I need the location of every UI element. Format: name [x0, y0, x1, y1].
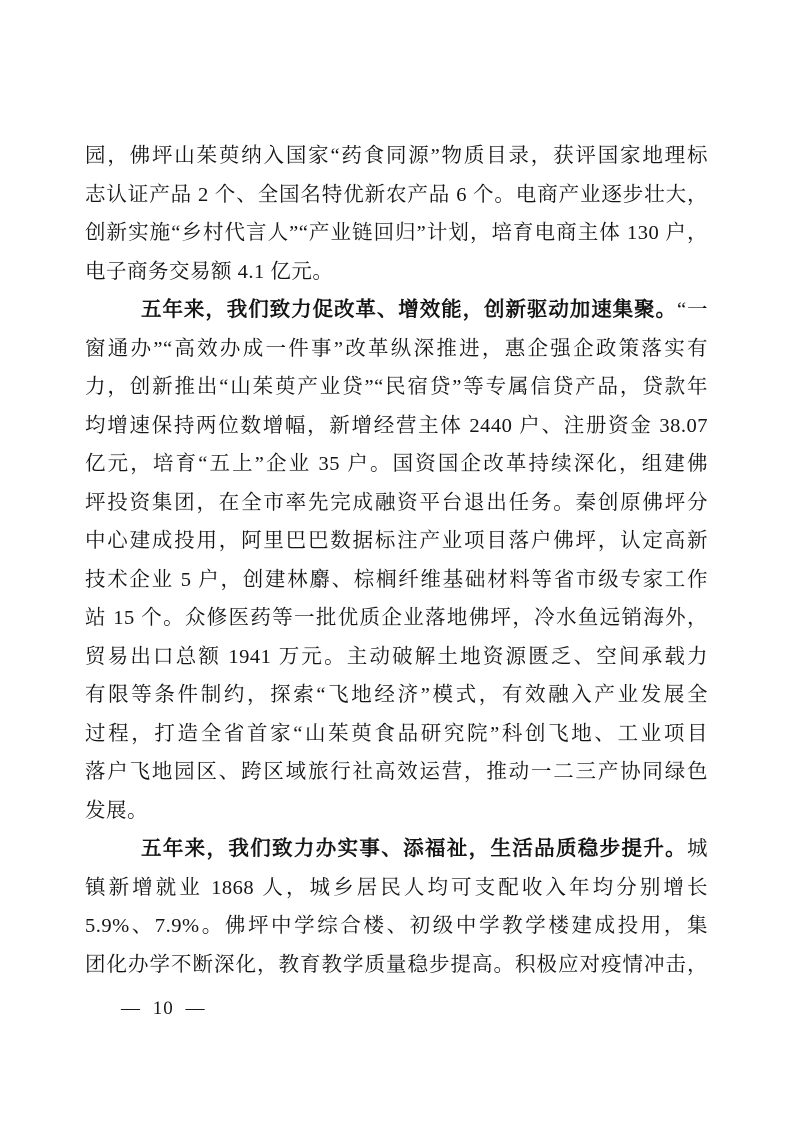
page-number: — 10 —: [121, 997, 206, 1021]
paragraph-lead-bold: 五年来，我们致力办实事、添福祉，生活品质稳步提升。: [141, 837, 687, 860]
text-line: 过程，打造全省首家“山茱萸食品研究院”科创飞地、工业项目: [85, 715, 708, 754]
text-line: 镇新增就业 1868 人，城乡居民人均可支配收入年均分别增长: [85, 869, 708, 908]
text-line: 站 15 个。众修医药等一批优质企业落地佛坪，冷水鱼远销海外，: [85, 599, 708, 638]
text-line: 5.9%、7.9%。佛坪中学综合楼、初级中学教学楼建成投用，集: [85, 907, 708, 946]
text-line: 园，佛坪山茱萸纳入国家“药食同源”物质目录，获评国家地理标: [85, 137, 708, 176]
text-line: 亿元，培育“五上”企业 35 户。国资国企改革持续深化，组建佛: [85, 445, 708, 484]
text-line: 中心建成投用，阿里巴巴数据标注产业项目落户佛坪，认定高新: [85, 522, 708, 561]
text-line: 团化办学不断深化，教育教学质量稳步提高。积极应对疫情冲击，: [85, 946, 708, 985]
text-line: 贸易出口总额 1941 万元。主动破解土地资源匮乏、空间承载力: [85, 638, 708, 677]
text-line: 五年来，我们致力办实事、添福祉，生活品质稳步提升。城: [85, 830, 708, 869]
paragraph-reform: 五年来，我们致力促改革、增效能，创新驱动加速集聚。“一 窗通办”“高效办成一件事…: [85, 291, 708, 830]
document-body: 园，佛坪山茱萸纳入国家“药食同源”物质目录，获评国家地理标 志认证产品 2 个、…: [85, 137, 708, 984]
text-line: 五年来，我们致力促改革、增效能，创新驱动加速集聚。“一: [85, 291, 708, 330]
text-line: 志认证产品 2 个、全国名特优新农产品 6 个。电商产业逐步壮大，: [85, 176, 708, 215]
text-line: 力，创新推出“山茱萸产业贷”“民宿贷”等专属信贷产品，贷款年: [85, 368, 708, 407]
text-line: 坪投资集团，在全市率先完成融资平台退出任务。秦创原佛坪分: [85, 484, 708, 523]
paragraph-ecommerce: 园，佛坪山茱萸纳入国家“药食同源”物质目录，获评国家地理标 志认证产品 2 个、…: [85, 137, 708, 291]
text-line: 发展。: [85, 792, 708, 831]
text-line: 技术企业 5 户，创建林麝、棕榈纤维基础材料等省市级专家工作: [85, 561, 708, 600]
paragraph-lead-rest: 城: [687, 838, 708, 860]
document-page: 园，佛坪山茱萸纳入国家“药食同源”物质目录，获评国家地理标 志认证产品 2 个、…: [0, 0, 793, 1122]
text-line: 有限等条件制约，探索“飞地经济”模式，有效融入产业发展全: [85, 676, 708, 715]
paragraph-lead-rest: “一: [677, 299, 708, 321]
paragraph-livelihood: 五年来，我们致力办实事、添福祉，生活品质稳步提升。城 镇新增就业 1868 人，…: [85, 830, 708, 984]
paragraph-lead-bold: 五年来，我们致力促改革、增效能，创新驱动加速集聚。: [141, 298, 677, 321]
text-line: 落户飞地园区、跨区域旅行社高效运营，推动一二三产协同绿色: [85, 753, 708, 792]
text-line: 创新实施“乡村代言人”“产业链回归”计划，培育电商主体 130 户，: [85, 214, 708, 253]
text-line: 电子商务交易额 4.1 亿元。: [85, 253, 708, 292]
text-line: 窗通办”“高效办成一件事”改革纵深推进，惠企强企政策落实有: [85, 330, 708, 369]
text-line: 均增速保持两位数增幅，新增经营主体 2440 户、注册资金 38.07: [85, 407, 708, 446]
